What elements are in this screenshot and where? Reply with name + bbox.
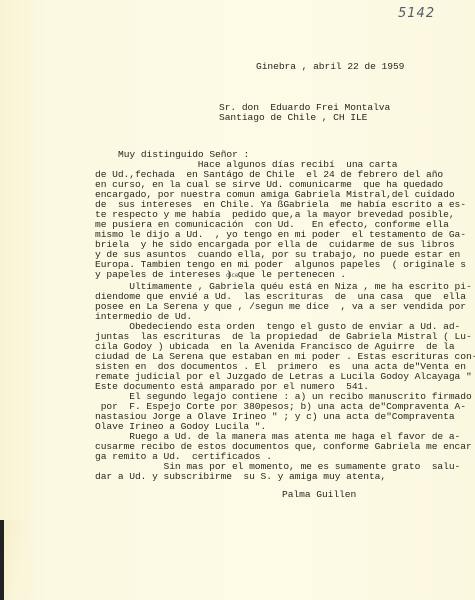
archive-number: 5142 [398,6,435,21]
handwritten-annotation: dice [226,272,238,279]
paper-fold [4,520,34,600]
date-line: Ginebra , abril 22 de 1959 [256,62,404,72]
letter-page: 5142 Ginebra , abril 22 de 1959 Sr. don … [0,0,475,600]
signature: Palma Guillen [282,490,356,500]
body-line: y papeles de intereses ) que le pertenec… [95,270,346,280]
recipient-location: Santiago de Chile , CH ILE [219,113,367,123]
body-line: dar a Ud. y subscribirme su S. y amiga m… [95,472,386,482]
